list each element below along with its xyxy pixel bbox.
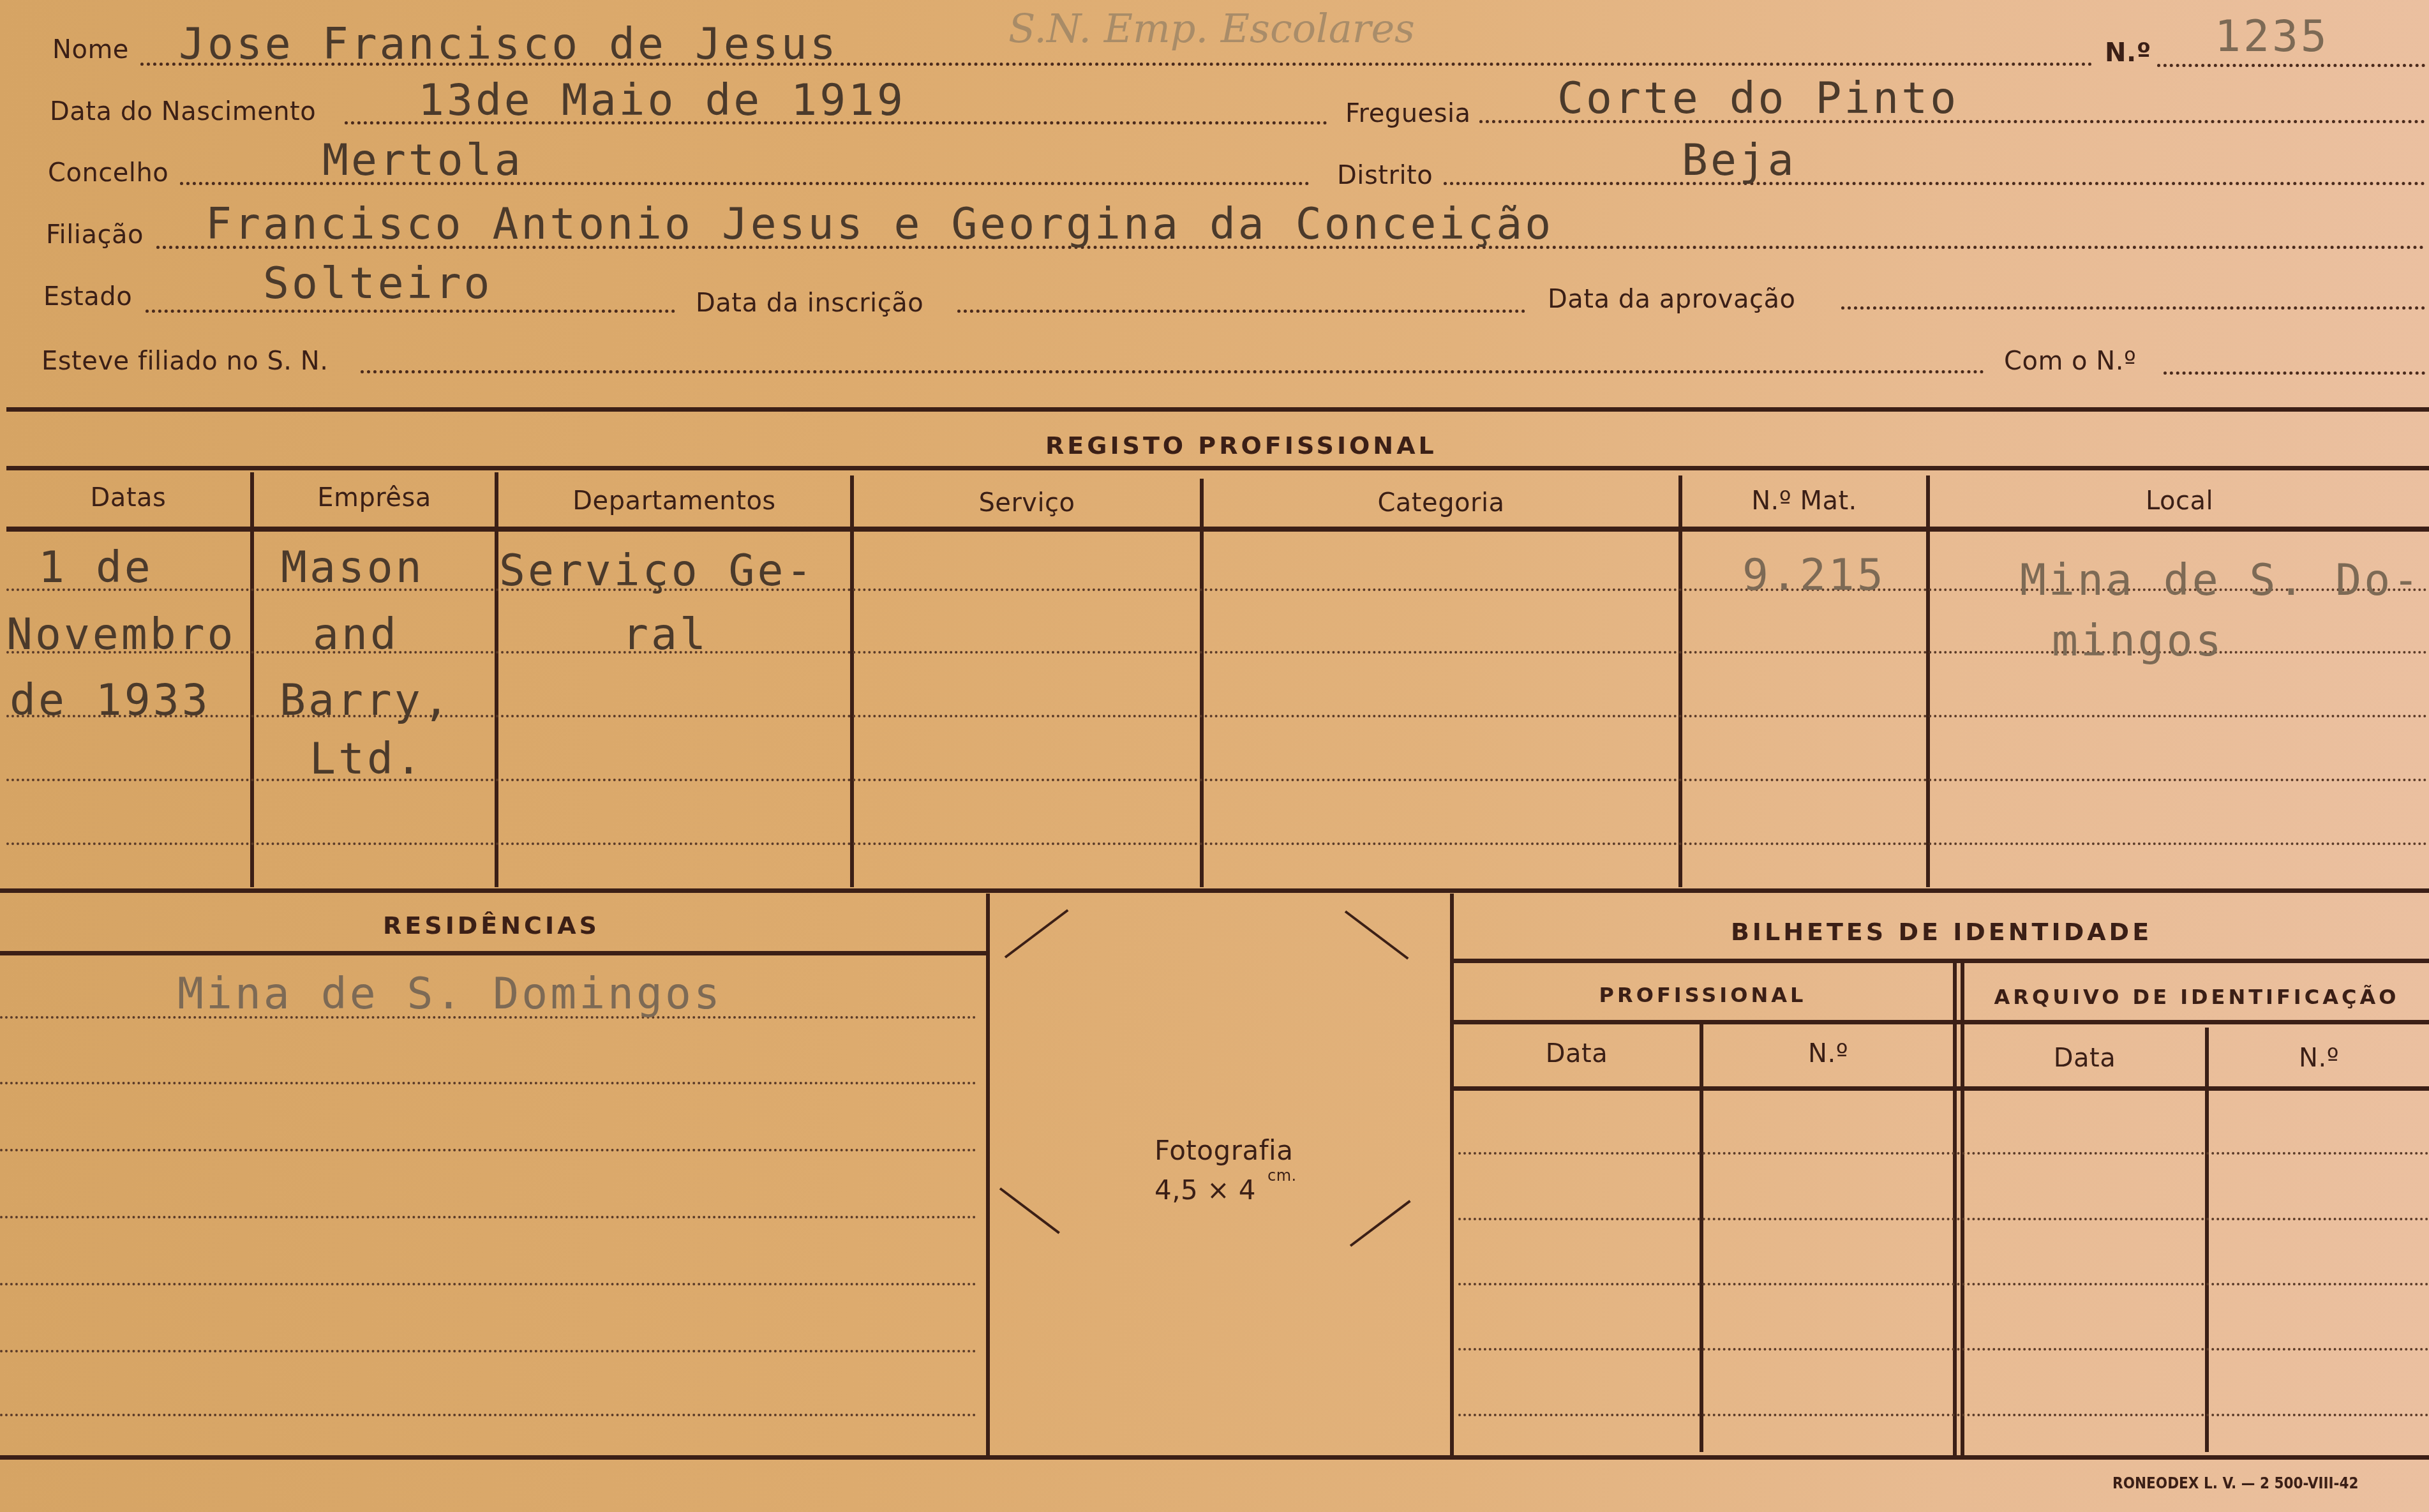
com-o-no-line[interactable] <box>2164 371 2425 375</box>
empresa-line-4[interactable]: Ltd. <box>310 734 424 784</box>
number-value[interactable]: 1235 <box>2215 11 2329 62</box>
bilhete-row-line <box>1458 1283 2429 1285</box>
residencias-title-underline <box>0 951 988 955</box>
data-nascimento-value[interactable]: 13de Maio de 1919 <box>418 75 906 126</box>
col-sep-1 <box>250 472 254 887</box>
arquivo-col-separator <box>2205 1028 2209 1452</box>
photo-corner-bottom-left <box>999 1187 1060 1234</box>
data-inscricao-line[interactable] <box>957 310 1525 313</box>
data-nascimento-label: Data do Nascimento <box>50 97 316 126</box>
arquivo-col-data: Data <box>1964 1044 2205 1073</box>
residencia-line <box>0 1082 976 1084</box>
photo-corner-bottom-right <box>1350 1200 1411 1247</box>
residencia-line <box>0 1216 976 1218</box>
photo-corner-top-right <box>1345 910 1409 959</box>
bilhete-row-line <box>1458 1348 2429 1351</box>
esteve-filiado-line[interactable] <box>361 370 1985 373</box>
filiacao-label: Filiação <box>46 220 144 250</box>
empresa-line-2[interactable]: and <box>313 610 399 660</box>
col-header-servico: Serviço <box>854 488 1200 518</box>
col-sep-5 <box>1678 475 1682 887</box>
registo-profissional-title: REGISTO PROFISSIONAL <box>1045 431 1437 460</box>
bottom-border <box>0 1455 2429 1460</box>
residencia-line <box>0 1283 976 1285</box>
bilhetes-sub-underline <box>1454 1020 2429 1024</box>
n-mat-value[interactable]: 9.215 <box>1742 550 1886 601</box>
photo-size-unit: cm. <box>1267 1167 1297 1185</box>
estado-value[interactable]: Solteiro <box>263 258 493 309</box>
photo-size: 4,5 × 4 <box>1155 1174 1256 1206</box>
residencia-line <box>0 1350 976 1352</box>
photo-label: Fotografia <box>1155 1135 1293 1166</box>
registo-bottom-divider <box>0 888 2429 893</box>
col-header-categoria: Categoria <box>1204 488 1678 518</box>
filiacao-value[interactable]: Francisco Antonio Jesus e Georgina da Co… <box>206 199 1553 250</box>
header-divider <box>6 407 2429 412</box>
estado-label: Estado <box>43 282 132 311</box>
concelho-value[interactable]: Mertola <box>322 135 523 186</box>
data-inscricao-label: Data da inscrição <box>696 288 923 318</box>
col-sep-6 <box>1926 475 1930 887</box>
datas-line-2[interactable]: Novembro <box>6 610 236 660</box>
bilhete-row-line <box>1458 1218 2429 1220</box>
number-label: N.º <box>2105 38 2151 68</box>
col-sep-4 <box>1200 479 1204 887</box>
registo-title-divider <box>6 466 2429 470</box>
bilhetes-center-separator-2 <box>1961 961 1964 1455</box>
residencia-entry-1[interactable]: Mina de S. Domingos <box>177 969 722 1019</box>
printer-code: RONEODEX L. V. — 2 500-VIII-42 <box>2112 1474 2359 1492</box>
nome-value[interactable]: Jose Francisco de Jesus <box>179 19 839 70</box>
bilhetes-profissional-title: PROFISSIONAL <box>1454 983 1952 1007</box>
col-sep-2 <box>495 472 498 887</box>
residencia-line <box>0 1149 976 1151</box>
datas-line-1[interactable]: 1 de <box>38 543 153 593</box>
estado-line <box>146 310 675 313</box>
distrito-value[interactable]: Beja <box>1682 135 1797 186</box>
residencia-line <box>0 1414 976 1416</box>
bilhetes-center-separator <box>1953 961 1957 1455</box>
nome-label: Nome <box>52 35 129 64</box>
local-line-1[interactable]: Mina de S. Do- <box>2020 555 2421 606</box>
photo-bilhetes-separator <box>1450 894 1454 1455</box>
freguesia-label: Freguesia <box>1345 99 1471 128</box>
registration-card: Nome Jose Francisco de Jesus S.N. Emp. E… <box>0 0 2429 1512</box>
bilhete-row-line <box>1458 1152 2429 1155</box>
arquivo-col-no: N.º <box>2209 1044 2429 1073</box>
photo-placeholder[interactable]: Fotografia 4,5 × 4 cm. <box>990 894 1449 1455</box>
bilhetes-header-underline <box>1454 1086 2429 1091</box>
col-sep-3 <box>850 475 854 887</box>
col-header-departamentos: Departamentos <box>498 486 850 516</box>
registo-row-line <box>6 842 2429 845</box>
empresa-line-3[interactable]: Barry, <box>280 675 452 726</box>
distrito-label: Distrito <box>1337 161 1433 190</box>
bilhetes-title-underline <box>1454 959 2429 963</box>
datas-line-3[interactable]: de 1933 <box>10 675 211 726</box>
freguesia-value[interactable]: Corte do Pinto <box>1557 73 1959 124</box>
local-line-2[interactable]: mingos <box>2052 616 2224 666</box>
departamentos-line-1[interactable]: Serviço Ge- <box>499 546 814 596</box>
col-header-empresa: Emprêsa <box>254 483 495 513</box>
col-header-n-mat: N.º Mat. <box>1682 486 1926 516</box>
bilhetes-arquivo-title: ARQUIVO DE IDENTIFICAÇÃO <box>1964 985 2429 1009</box>
profissional-col-no: N.º <box>1703 1039 1953 1068</box>
bilhetes-title: BILHETES DE IDENTIDADE <box>1454 918 2429 946</box>
residencias-title: RESIDÊNCIAS <box>0 911 983 939</box>
col-header-local: Local <box>1930 486 2429 516</box>
esteve-filiado-label: Esteve filiado no S. N. <box>41 347 328 376</box>
registo-header-underline <box>6 527 2429 532</box>
departamentos-line-2[interactable]: ral <box>622 610 708 660</box>
number-line <box>2157 64 2425 67</box>
col-header-datas: Datas <box>6 483 250 513</box>
handwritten-note: S.N. Emp. Escolares <box>1008 5 1415 52</box>
concelho-label: Concelho <box>48 158 168 188</box>
data-aprovacao-line[interactable] <box>1841 306 2425 310</box>
photo-corner-top-left <box>1005 909 1069 958</box>
com-o-no-label: Com o N.º <box>2004 347 2136 376</box>
profissional-col-data: Data <box>1454 1039 1700 1068</box>
empresa-line-1[interactable]: Mason <box>281 543 424 593</box>
data-aprovacao-label: Data da aprovação <box>1548 285 1795 314</box>
distrito-line <box>1444 182 2425 185</box>
bilhete-row-line <box>1458 1414 2429 1416</box>
